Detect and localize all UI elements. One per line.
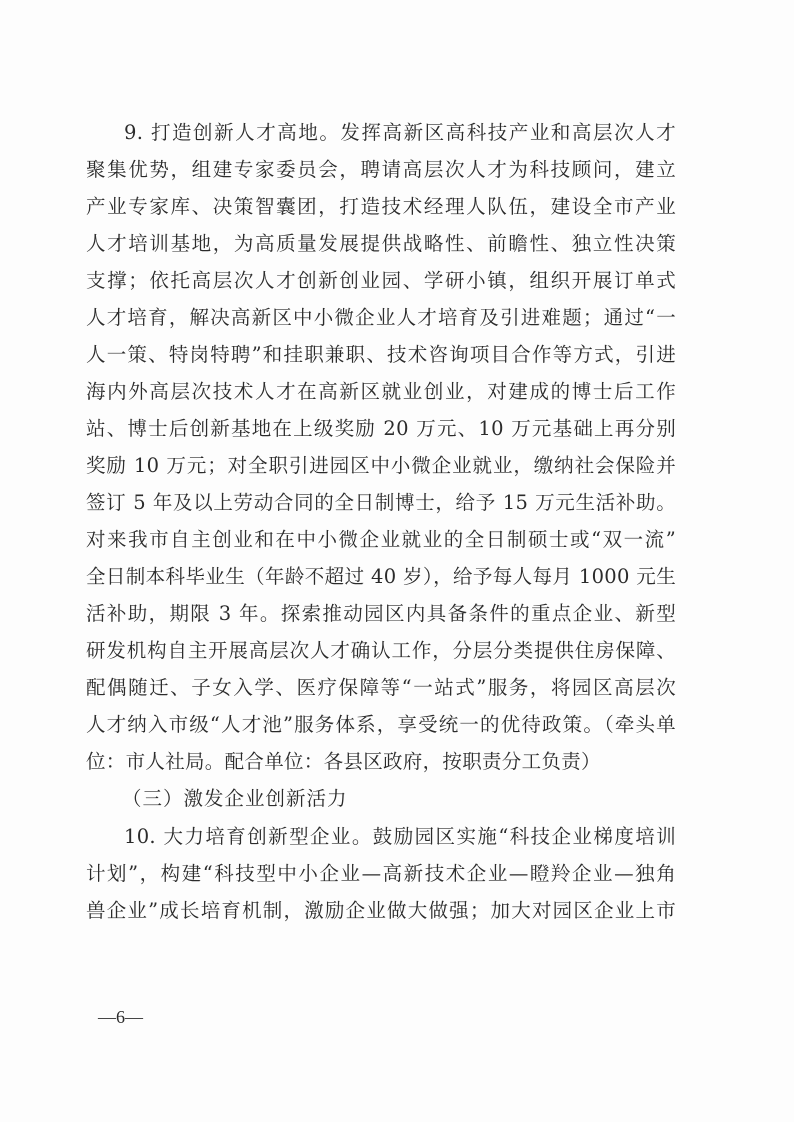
page-number: —6—	[98, 1002, 143, 1032]
paragraph-line: 签订 5 年及以上劳动合同的全日制博士，给予 15 万元生活补助。	[86, 484, 676, 521]
paragraph-line: 计划”，构建“科技型中小企业—高新技术企业—瞪羚企业—独角	[86, 855, 676, 892]
paragraph-line: 研发机构自主开展高层次人才确认工作，分层分类提供住房保障、	[86, 632, 676, 669]
paragraph-line: 人才培育，解决高新区中小微企业人才培育及引进难题；通过“一	[86, 299, 676, 336]
paragraph-line: 聚集优势，组建专家委员会，聘请高层次人才为科技顾问，建立	[86, 151, 676, 188]
paragraph-line: 支撑；依托高层次人才创新创业园、学研小镇，组织开展订单式	[86, 262, 676, 299]
paragraph-line: 人才培训基地，为高质量发展提供战略性、前瞻性、独立性决策	[86, 225, 676, 262]
paragraph-line: 9. 打造创新人才高地。发挥高新区高科技产业和高层次人才	[124, 114, 676, 151]
paragraph-line: 海内外高层次技术人才在高新区就业创业，对建成的博士后工作	[86, 373, 676, 410]
section-heading: （三）激发企业创新活力	[122, 780, 348, 817]
paragraph-line: 10. 大力培育创新型企业。鼓励园区实施“科技企业梯度培训	[124, 818, 676, 855]
paragraph-line: 配偶随迁、子女入学、医疗保障等“一站式”服务，将园区高层次	[86, 669, 676, 706]
paragraph-line: 奖励 10 万元；对全职引进园区中小微企业就业，缴纳社会保险并	[86, 447, 676, 484]
paragraph-line: 全日制本科毕业生（年龄不超过 40 岁），给予每人每月 1000 元生	[86, 558, 676, 595]
paragraph-line: 人才纳入市级“人才池”服务体系，享受统一的优待政策。（牵头单	[86, 706, 676, 743]
document-page: 9. 打造创新人才高地。发挥高新区高科技产业和高层次人才 聚集优势，组建专家委员…	[0, 0, 794, 1122]
paragraph-line: 人一策、特岗特聘”和挂职兼职、技术咨询项目合作等方式，引进	[86, 336, 676, 373]
paragraph-line: 站、博士后创新基地在上级奖励 20 万元、10 万元基础上再分别	[86, 410, 676, 447]
paragraph-line: 对来我市自主创业和在中小微企业就业的全日制硕士或“双一流”	[86, 521, 676, 558]
paragraph-line: 活补助，期限 3 年。探索推动园区内具备条件的重点企业、新型	[86, 595, 676, 632]
paragraph-line: 位：市人社局。配合单位：各县区政府，按职责分工负责）	[86, 743, 676, 780]
paragraph-line: 产业专家库、决策智囊团，打造技术经理人队伍，建设全市产业	[86, 188, 676, 225]
paragraph-line: 兽企业”成长培育机制，激励企业做大做强；加大对园区企业上市	[86, 892, 676, 929]
